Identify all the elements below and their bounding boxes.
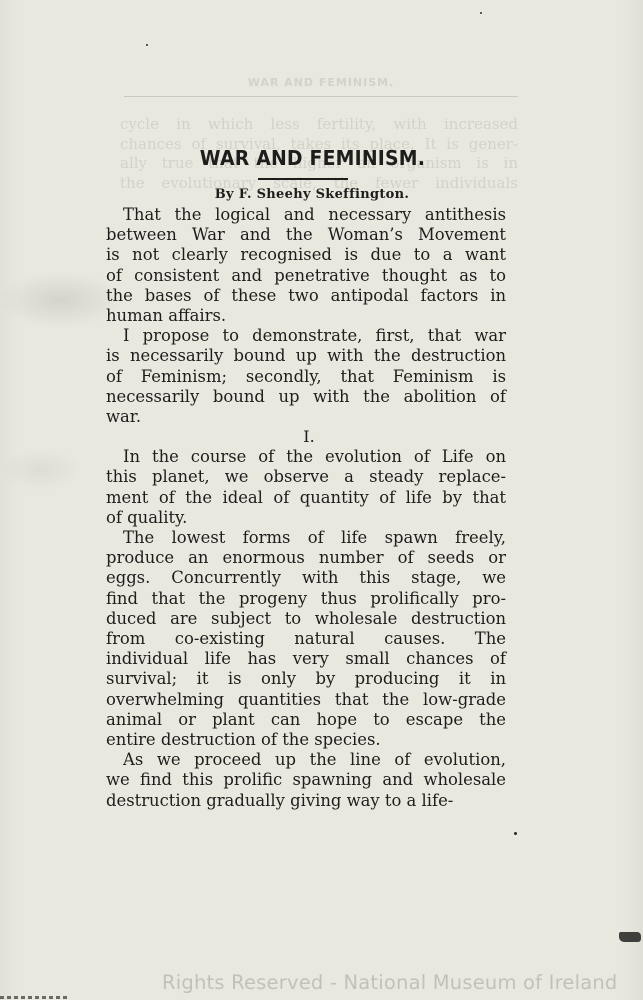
- text-line: animal or plant can hope to escape the: [106, 710, 506, 730]
- scan-edge-mark: [0, 996, 70, 999]
- title-rule-divider: [258, 178, 348, 180]
- text-line: entire destruction of the species.: [106, 730, 506, 750]
- text-line: is necessarily bound up with the destruc…: [106, 346, 506, 366]
- text-line: survival; it is only by producing it in: [106, 669, 506, 689]
- text-line: necessarily bound up with the abolition …: [106, 387, 506, 407]
- paragraphs-before-section: That the logical and necessary antithesi…: [106, 205, 506, 427]
- ink-speck: [480, 12, 482, 14]
- article: WAR AND FEMINISM. By F. Sheehy Skeffingt…: [106, 140, 506, 811]
- text-line: overwhelming quantities that the low-gra…: [106, 690, 506, 710]
- article-byline: By F. Sheehy Skeffington.: [106, 186, 506, 204]
- ink-speck: [514, 832, 517, 835]
- ink-smudge: [619, 932, 641, 942]
- text-line: war.: [106, 407, 506, 427]
- text-line: the bases of these two antipodal factors…: [106, 286, 506, 306]
- text-line: find that the progeny thus prolifically …: [106, 589, 506, 609]
- ink-speck: [146, 44, 148, 46]
- text-line: produce an enormous number of seeds or: [106, 548, 506, 568]
- text-line: from co-existing natural causes. The: [106, 629, 506, 649]
- paragraph: The lowest forms of life spawn freely,pr…: [106, 528, 506, 750]
- paragraph: I propose to demonstrate, first, that wa…: [106, 326, 506, 427]
- text-line: individual life has very small chances o…: [106, 649, 506, 669]
- article-title: WAR AND FEMINISM.: [122, 146, 490, 170]
- text-line: I propose to demonstrate, first, that wa…: [106, 326, 506, 346]
- text-line: of Feminism; secondly, that Feminism is: [106, 367, 506, 387]
- section-number: I.: [106, 427, 506, 447]
- text-line: ment of the ideal of quantity of life by…: [106, 488, 506, 508]
- paragraphs-after-section: In the course of the evolution of Life o…: [106, 447, 506, 811]
- text-line: The lowest forms of life spawn freely,: [106, 528, 506, 548]
- text-line: destruction gradually giving way to a li…: [106, 791, 506, 811]
- text-line: eggs. Concurrently with this stage, we: [106, 568, 506, 588]
- text-line: between War and the Woman’s Movement: [106, 225, 506, 245]
- text-line: of quality.: [106, 508, 506, 528]
- article-body: That the logical and necessary antithesi…: [106, 205, 506, 811]
- text-line: human affairs.: [106, 306, 506, 326]
- text-line: we find this prolific spawning and whole…: [106, 770, 506, 790]
- copyright-watermark: Rights Reserved - National Museum of Ire…: [162, 971, 617, 994]
- text-line: this planet, we observe a steady replace…: [106, 467, 506, 487]
- text-line: duced are subject to wholesale destructi…: [106, 609, 506, 629]
- text-line: That the logical and necessary antithesi…: [106, 205, 506, 225]
- text-line: In the course of the evolution of Life o…: [106, 447, 506, 467]
- text-line: As we proceed up the line of evolution,: [106, 750, 506, 770]
- paragraph: As we proceed up the line of evolution,w…: [106, 750, 506, 811]
- paragraph: That the logical and necessary antithesi…: [106, 205, 506, 326]
- text-line: is not clearly recognised is due to a wa…: [106, 245, 506, 265]
- text-line: of consistent and penetrative thought as…: [106, 266, 506, 286]
- paragraph: In the course of the evolution of Life o…: [106, 447, 506, 528]
